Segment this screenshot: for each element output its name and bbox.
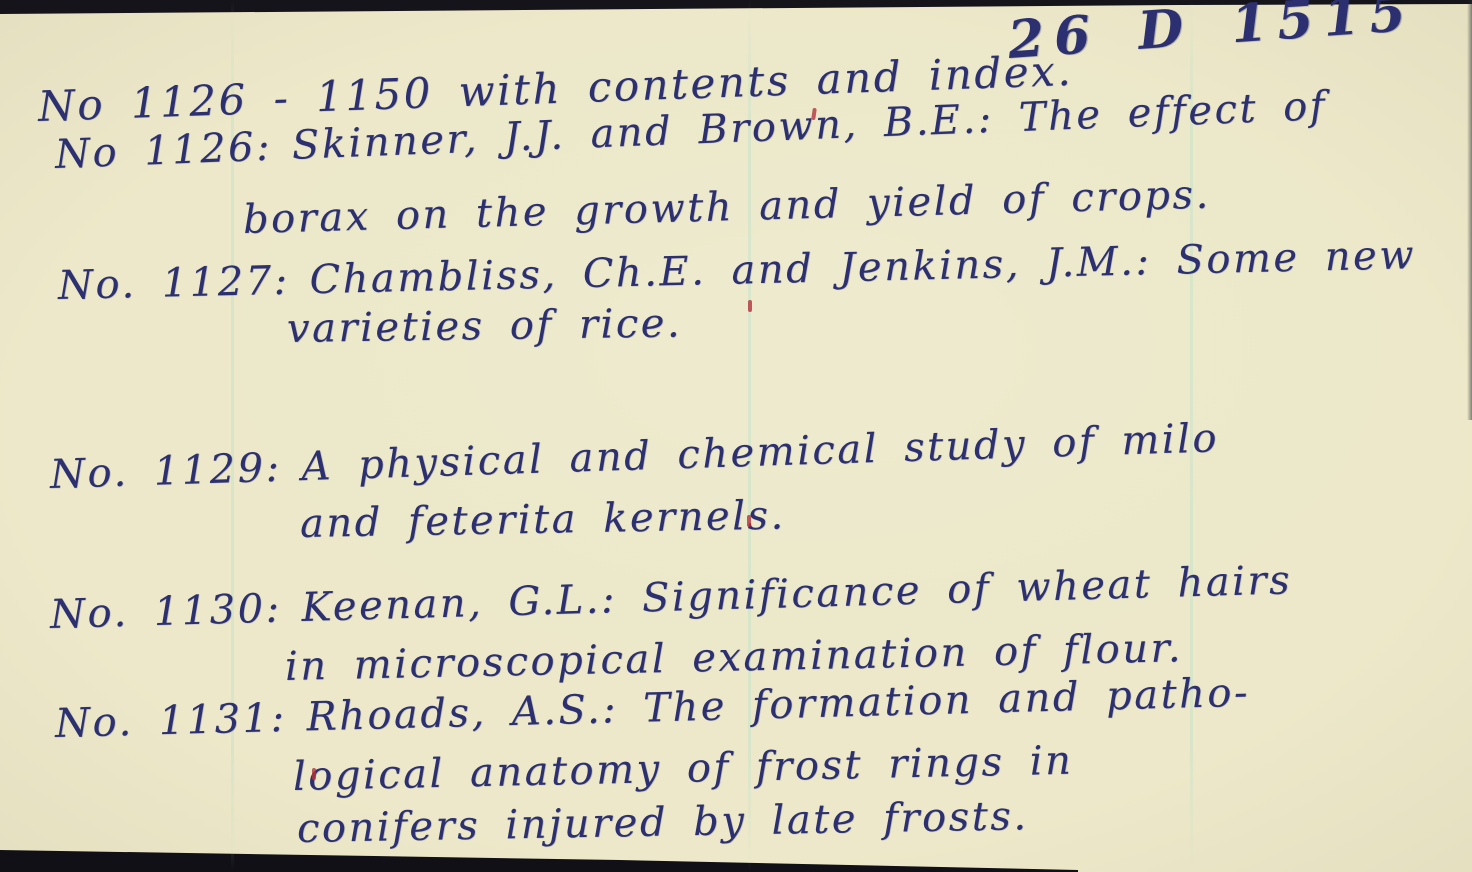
entry-1131-line3: conifers injured by late frosts. — [297, 793, 1029, 852]
entry-1130-number: No. 1130: — [49, 586, 282, 638]
entry-1126-line2: borax on the growth and yield of crops. — [242, 172, 1211, 243]
entry-1127-line1: No. 1127:Chambliss, Ch.E. and Jenkins, J… — [57, 232, 1416, 309]
red-pencil-mark — [747, 515, 751, 527]
entry-1126-number: No 1126: — [54, 124, 273, 178]
entry-1129-line2: and feterita kernels. — [300, 493, 786, 547]
entry-1131-number: No. 1131: — [54, 695, 287, 747]
entry-1130-text1: Keenan, G.L.: Significance of wheat hair… — [301, 557, 1293, 631]
scan-edge-bottom — [0, 840, 1472, 872]
entry-1131-line2: logical anatomy of frost rings in — [293, 738, 1074, 800]
red-pencil-mark — [312, 768, 316, 780]
scan-edge-right — [1467, 0, 1472, 420]
red-pencil-mark — [748, 300, 752, 312]
index-card: 26 D 1515 No 1126 - 1150 with contents a… — [0, 0, 1472, 872]
entry-1129-number: No. 1129: — [49, 445, 282, 498]
entry-1127-text1: Chambliss, Ch.E. and Jenkins, J.M.: Some… — [309, 232, 1416, 303]
entry-1127-line2: varieties of rice. — [287, 300, 683, 352]
entry-1129-text1: A physical and chemical study of milo — [301, 415, 1220, 490]
entry-1127-number: No. 1127: — [57, 258, 290, 309]
entry-1129-line1: No. 1129:A physical and chemical study o… — [49, 415, 1219, 498]
